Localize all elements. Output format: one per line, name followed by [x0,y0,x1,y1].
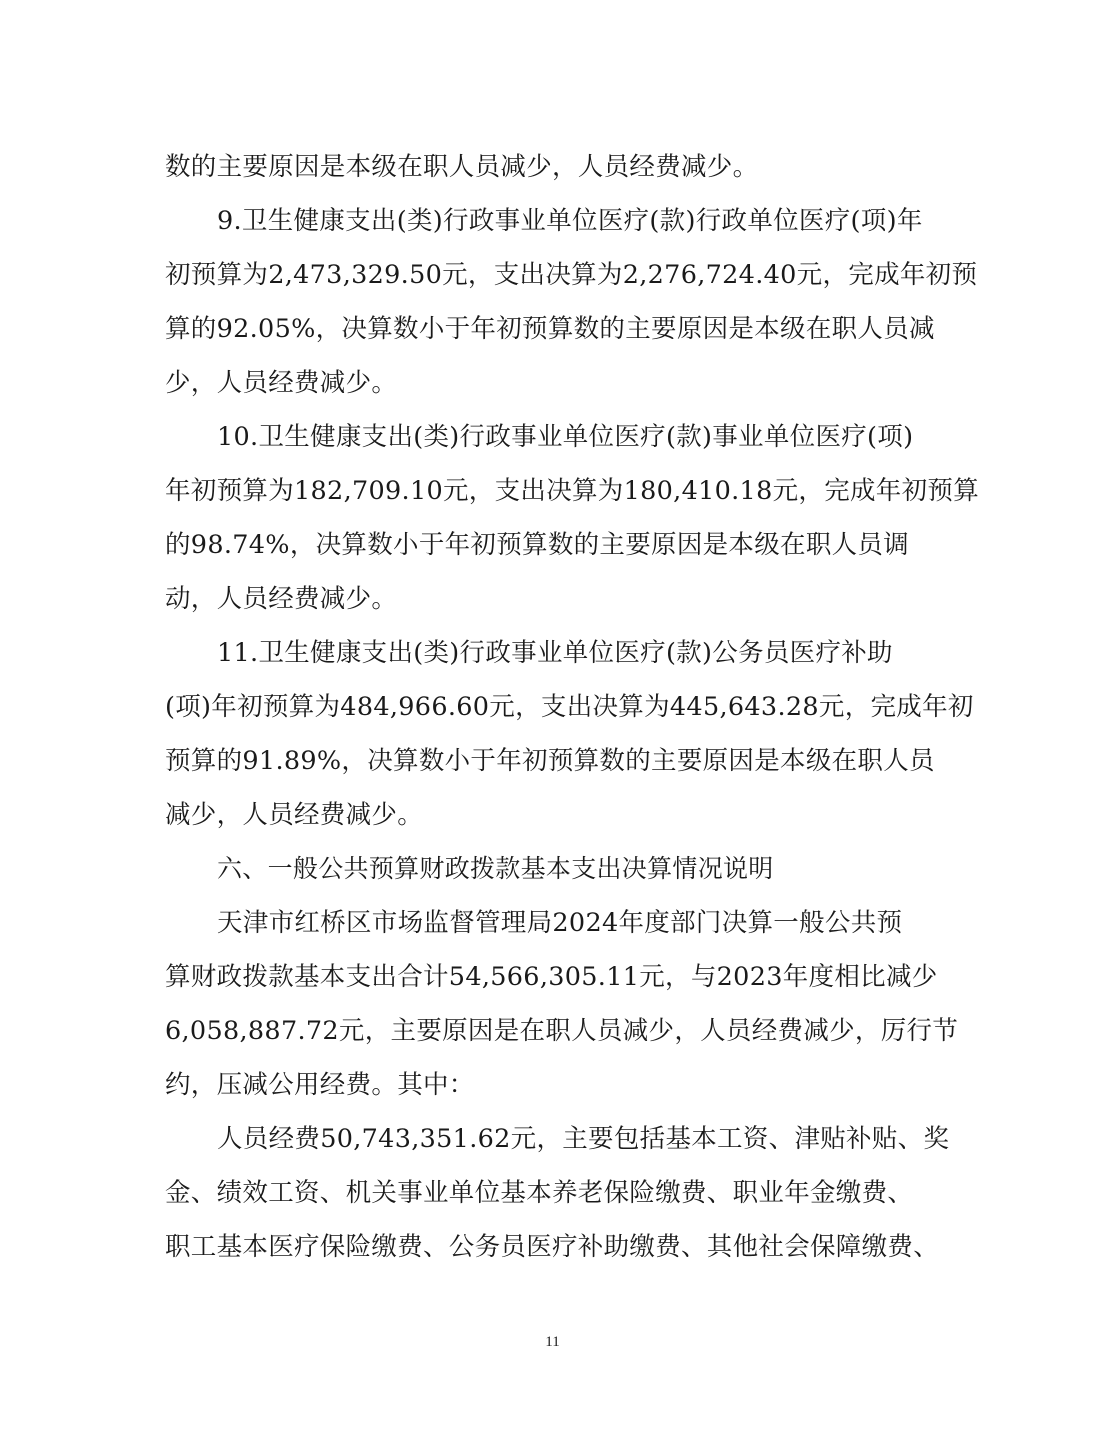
paragraph-line: 动，人员经费减少。 [165,572,397,626]
paragraph-line: 预算的91.89%，决算数小于年初预算数的主要原因是本级在职人员 [165,734,935,788]
page-number: 11 [0,1334,1105,1351]
paragraph-line: 职工基本医疗保险缴费、公务员医疗补助缴费、其他社会保障缴费、 [165,1220,939,1274]
paragraph-line: 算财政拨款基本支出合计54,566,305.11元，与2023年度相比减少 [165,950,938,1004]
item-9-line: 9.卫生健康支出(类)行政事业单位医疗(款)行政单位医疗(项)年 [217,194,923,248]
paragraph-line: (项)年初预算为484,966.60元，支出决算为445,643.28元，完成年… [165,680,974,734]
paragraph-line: 天津市红桥区市场监督管理局2024年度部门决算一般公共预 [217,896,902,950]
paragraph-line: 人员经费50,743,351.62元，主要包括基本工资、津贴补贴、奖 [217,1112,949,1166]
paragraph-line: 6,058,887.72元，主要原因是在职人员减少，人员经费减少，厉行节 [165,1004,958,1058]
paragraph-line: 年初预算为182,709.10元，支出决算为180,410.18元，完成年初预算 [165,464,979,518]
paragraph-line: 初预算为2,473,329.50元，支出决算为2,276,724.40元，完成年… [165,248,977,302]
paragraph-line: 的98.74%，决算数小于年初预算数的主要原因是本级在职人员调 [165,518,909,572]
paragraph-line: 少，人员经费减少。 [165,356,397,410]
paragraph-line: 数的主要原因是本级在职人员减少，人员经费减少。 [165,140,758,194]
item-10-line: 10.卫生健康支出(类)行政事业单位医疗(款)事业单位医疗(项) [217,410,913,464]
paragraph-line: 算的92.05%，决算数小于年初预算数的主要原因是本级在职人员减 [165,302,935,356]
paragraph-line: 金、绩效工资、机关事业单位基本养老保险缴费、职业年金缴费、 [165,1166,913,1220]
paragraph-line: 约，压减公用经费。其中： [165,1058,475,1112]
section-heading: 六、一般公共预算财政拨款基本支出决算情况说明 [217,842,774,896]
paragraph-line: 减少，人员经费减少。 [165,788,423,842]
item-11-line: 11.卫生健康支出(类)行政事业单位医疗(款)公务员医疗补助 [217,626,893,680]
